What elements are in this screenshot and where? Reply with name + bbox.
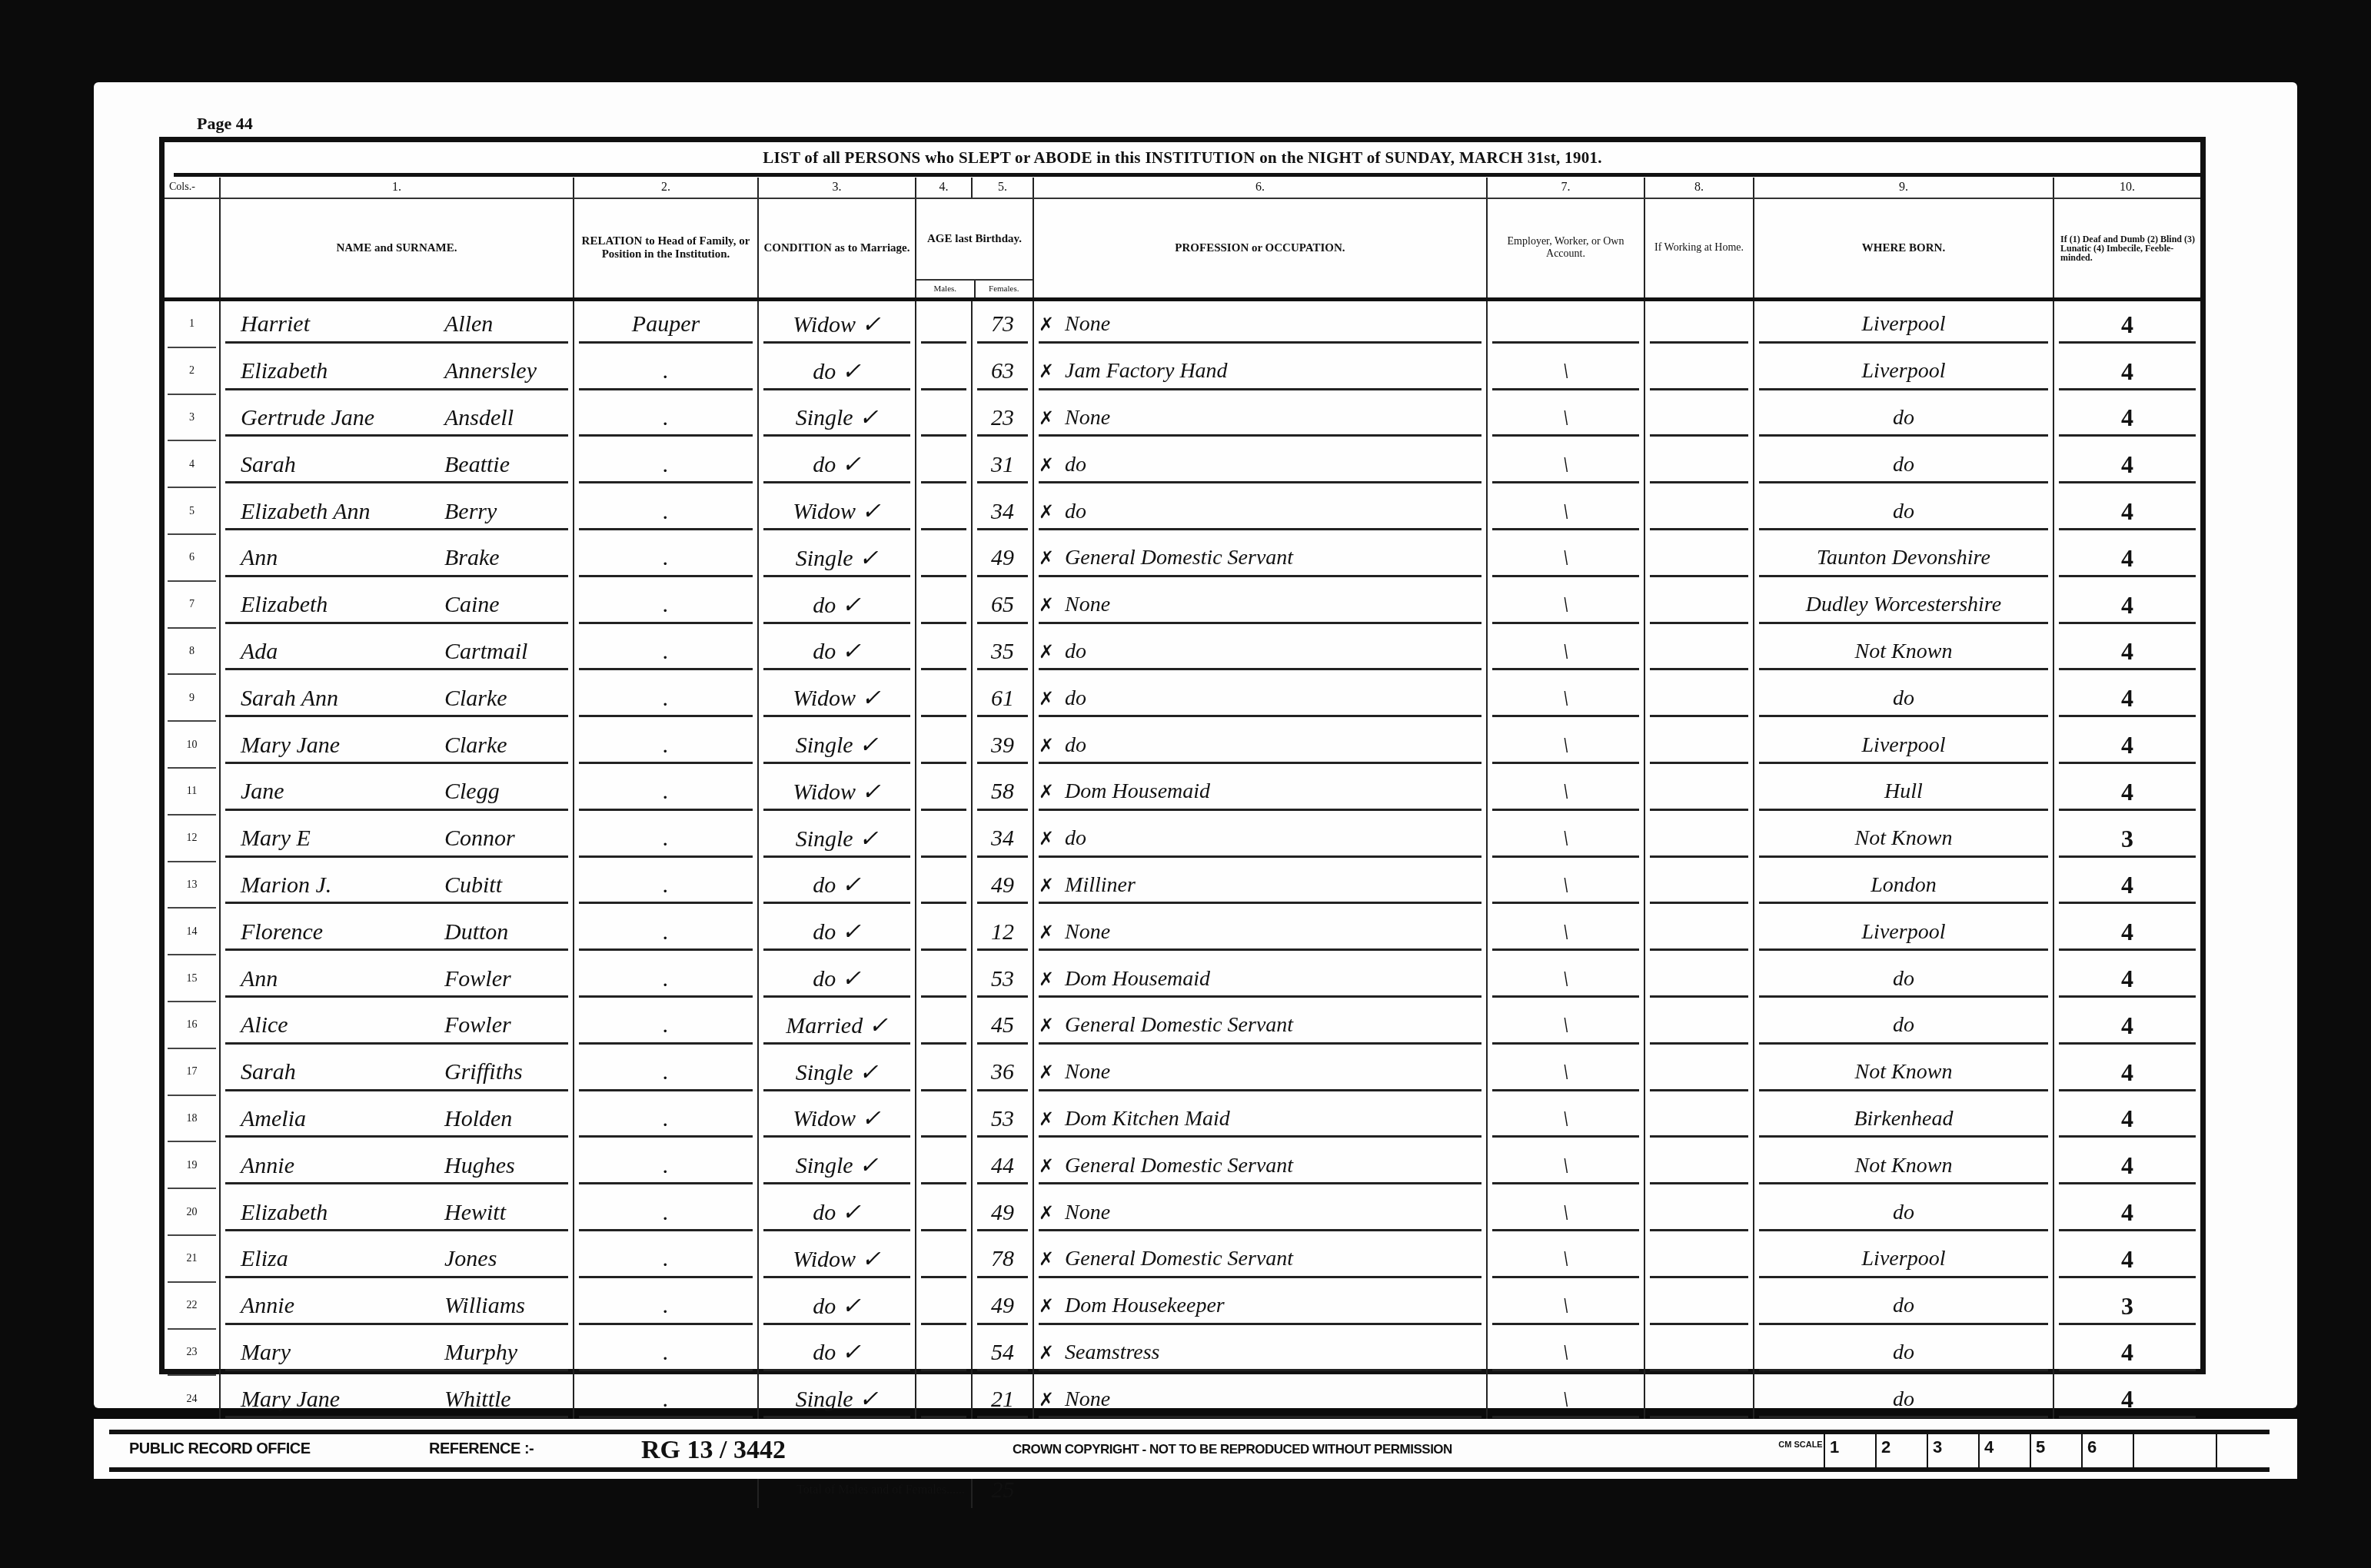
birthplace: do <box>1893 686 1914 710</box>
first-name: Amelia <box>241 1106 444 1132</box>
relation: . <box>663 919 669 945</box>
age-female: 49 <box>991 545 1014 570</box>
age-female: 44 <box>991 1153 1014 1178</box>
census-row: 19AnnieHughes.Single ✓44✗General Domesti… <box>165 1142 2200 1189</box>
first-name: Annie <box>241 1293 444 1319</box>
age-female: 53 <box>991 966 1014 992</box>
relation: . <box>663 1153 669 1178</box>
row-number: 16 <box>187 1019 198 1031</box>
marital-condition: do <box>813 1200 836 1225</box>
first-name: Ann <box>241 545 444 571</box>
row-number: 20 <box>187 1207 198 1218</box>
col-num-6: 6. <box>1033 178 1487 198</box>
occupation: None <box>1065 312 1110 336</box>
age-female: 36 <box>991 1059 1014 1085</box>
marital-condition: Widow <box>793 499 856 524</box>
scale-cell-5: 5 <box>2030 1434 2081 1467</box>
first-name: Elizabeth <box>241 592 444 618</box>
census-row: 21ElizaJones.Widow ✓78✗General Domestic … <box>165 1236 2200 1283</box>
birthplace: do <box>1893 1340 1914 1364</box>
x-mark: ✗ <box>1039 1390 1054 1410</box>
employer-status: \ <box>1562 1387 1568 1412</box>
row-number: 12 <box>187 832 198 844</box>
census-row: 15AnnFowler.do ✓53✗Dom Housemaid\do4 <box>165 955 2200 1002</box>
scale-cell-6: 6 <box>2081 1434 2133 1467</box>
condition-header: CONDITION as to Marriage. <box>758 198 916 300</box>
birthplace: Not Known <box>1855 1060 1953 1084</box>
tick-mark: ✓ <box>842 919 861 945</box>
infirmity-code: 4 <box>2121 731 2133 759</box>
col-num-1: 1. <box>220 178 574 198</box>
x-mark: ✗ <box>1039 829 1054 849</box>
infirmity-code: 4 <box>2121 497 2133 525</box>
relation: . <box>663 358 669 384</box>
relation: . <box>663 1106 669 1131</box>
infirmity-code: 4 <box>2121 684 2133 712</box>
age-female: 23 <box>991 405 1014 430</box>
employer-status: \ <box>1562 405 1568 430</box>
first-name: Sarah Ann <box>241 686 444 712</box>
row-number: 18 <box>187 1113 198 1125</box>
marital-condition: Widow <box>793 1106 856 1131</box>
relation: . <box>663 1387 669 1412</box>
birthplace: Birkenhead <box>1854 1107 1953 1131</box>
census-row: 22AnnieWilliams.do ✓49✗Dom Housekeeper\d… <box>165 1283 2200 1330</box>
relation: . <box>663 405 669 430</box>
age-female: 34 <box>991 499 1014 524</box>
birthplace: do <box>1893 1294 1914 1317</box>
tick-mark: ✓ <box>842 1200 861 1225</box>
scale-cell-1: 1 <box>1824 1434 1875 1467</box>
occupation: do <box>1065 826 1086 850</box>
marital-condition: Widow <box>793 779 856 805</box>
first-name: Mary Jane <box>241 1387 444 1413</box>
relation: . <box>663 639 669 664</box>
relation: . <box>663 1012 669 1038</box>
infirmity-code: 4 <box>2121 591 2133 619</box>
scale-cell-4: 4 <box>1978 1434 2030 1467</box>
surname: Allen <box>444 311 493 337</box>
census-row: 12Mary EConnor.Single ✓34✗do\Not Known3 <box>165 816 2200 862</box>
row-number: 22 <box>187 1300 198 1311</box>
relation: . <box>663 686 669 711</box>
first-name: Alice <box>241 1012 444 1038</box>
row-number: 8 <box>189 646 195 657</box>
birthplace: Not Known <box>1855 639 1953 663</box>
first-name: Mary Jane <box>241 733 444 759</box>
age-female: 61 <box>991 686 1014 711</box>
occupation: Dom Housemaid <box>1065 967 1210 991</box>
row-number: 5 <box>189 506 195 517</box>
census-row: 13Marion J.Cubitt.do ✓49✗Milliner\London… <box>165 862 2200 909</box>
col-num-10: 10. <box>2053 178 2200 198</box>
x-mark: ✗ <box>1039 1157 1054 1177</box>
occupation: Jam Factory Hand <box>1065 359 1228 383</box>
occupation: do <box>1065 686 1086 710</box>
relation: . <box>663 826 669 851</box>
surname: Ansdell <box>444 405 514 430</box>
age-female: 21 <box>991 1387 1014 1412</box>
first-name: Annie <box>241 1153 444 1179</box>
x-mark: ✗ <box>1039 643 1054 663</box>
surname: Brake <box>444 545 500 570</box>
tick-mark: ✓ <box>862 312 881 337</box>
col-num-7: 7. <box>1487 178 1644 198</box>
relation: . <box>663 966 669 992</box>
marital-condition: Single <box>796 405 853 430</box>
relation: . <box>663 1059 669 1085</box>
employer-status: \ <box>1562 1246 1568 1271</box>
x-mark: ✗ <box>1039 923 1054 943</box>
census-row: 20ElizabethHewitt.do ✓49✗None\do4 <box>165 1189 2200 1236</box>
birthplace: Liverpool <box>1862 733 1946 757</box>
cm-scale: CM SCALE 1 2 3 4 5 6 <box>1777 1434 2217 1467</box>
copyright-notice: CROWN COPYRIGHT - NOT TO BE REPRODUCED W… <box>1013 1442 1452 1457</box>
employer-status: \ <box>1562 358 1568 384</box>
birthplace: Liverpool <box>1862 359 1946 383</box>
relation: . <box>663 872 669 898</box>
marital-condition: do <box>813 452 836 477</box>
census-row: 7ElizabethCaine.do ✓65✗None\Dudley Worce… <box>165 582 2200 629</box>
census-row: 10Mary JaneClarke.Single ✓39✗do\Liverpoo… <box>165 722 2200 769</box>
birthplace: do <box>1893 967 1914 991</box>
row-number: 2 <box>189 365 195 377</box>
tick-mark: ✓ <box>862 1106 881 1131</box>
age-female: 63 <box>991 358 1014 384</box>
surname: Hughes <box>444 1153 515 1178</box>
age-female: 34 <box>991 826 1014 851</box>
x-mark: ✗ <box>1039 456 1054 476</box>
marital-condition: Single <box>796 1387 853 1412</box>
tick-mark: ✓ <box>842 1340 861 1365</box>
infirmity-header: If (1) Deaf and Dumb (2) Blind (3) Lunat… <box>2053 198 2200 300</box>
first-name: Marion J. <box>241 872 444 899</box>
relation-header: RELATION to Head of Family, or Position … <box>574 198 758 300</box>
occupation: Dom Kitchen Maid <box>1065 1107 1230 1131</box>
birthplace: Not Known <box>1855 1154 1953 1178</box>
infirmity-code: 4 <box>2121 1245 2133 1273</box>
x-mark: ✗ <box>1039 1063 1054 1083</box>
surname: Connor <box>444 826 515 851</box>
surname: Annersley <box>444 358 537 384</box>
employer-status: \ <box>1562 1106 1568 1131</box>
tick-mark: ✓ <box>842 966 861 992</box>
occupation: None <box>1065 593 1110 616</box>
census-table: Cols.- 1. 2. 3. 4. 5. 6. 7. 8. 9. 10. NA… <box>165 178 2200 1508</box>
birthplace: Not Known <box>1855 826 1953 850</box>
first-name: Ann <box>241 966 444 992</box>
row-number-header <box>165 198 220 300</box>
row-number: 17 <box>187 1066 198 1078</box>
census-row: 23MaryMurphy.do ✓54✗Seamstress\do4 <box>165 1330 2200 1377</box>
birthplace: do <box>1893 1013 1914 1037</box>
surname: Dutton <box>444 919 508 945</box>
infirmity-code: 3 <box>2121 1292 2133 1320</box>
tick-mark: ✓ <box>842 359 861 384</box>
relation: . <box>663 452 669 477</box>
marital-condition: Widow <box>793 1247 856 1272</box>
age-female: 49 <box>991 1200 1014 1225</box>
first-name: Sarah <box>241 1059 444 1085</box>
surname: Holden <box>444 1106 512 1131</box>
occupation: do <box>1065 639 1086 663</box>
working-home-header: If Working at Home. <box>1644 198 1754 300</box>
occupation: Dom Housemaid <box>1065 779 1210 803</box>
footer-rule-bottom <box>109 1467 2270 1472</box>
occupation: None <box>1065 1387 1110 1411</box>
infirmity-code: 4 <box>2121 1012 2133 1039</box>
x-mark: ✗ <box>1039 315 1054 335</box>
employer-status: \ <box>1562 1293 1568 1318</box>
tick-mark: ✓ <box>869 1013 888 1038</box>
employer-status: \ <box>1562 872 1568 898</box>
employer-status: \ <box>1562 733 1568 758</box>
surname: Jones <box>444 1246 497 1271</box>
employer-status: \ <box>1562 1340 1568 1365</box>
infirmity-code: 4 <box>2121 918 2133 945</box>
infirmity-code: 4 <box>2121 544 2133 572</box>
office-label: PUBLIC RECORD OFFICE <box>129 1440 311 1458</box>
census-row: 6AnnBrake.Single ✓49✗General Domestic Se… <box>165 535 2200 582</box>
occupation: do <box>1065 453 1086 477</box>
age-males-label: Males. <box>916 281 974 297</box>
occupation: None <box>1065 920 1110 944</box>
employer-status: \ <box>1562 1012 1568 1038</box>
row-number: 13 <box>187 879 198 891</box>
surname: Fowler <box>444 1012 511 1038</box>
birthplace: do <box>1893 1201 1914 1224</box>
census-row: 8AdaCartmail.do ✓35✗do\Not Known4 <box>165 629 2200 676</box>
scale-label: CM SCALE <box>1777 1434 1824 1467</box>
occupation-header: PROFESSION or OCCUPATION. <box>1033 198 1487 300</box>
age-female: 65 <box>991 592 1014 617</box>
age-female: 39 <box>991 733 1014 758</box>
scale-cell-3: 3 <box>1927 1434 1978 1467</box>
first-name: Mary E <box>241 826 444 852</box>
relation: . <box>663 545 669 570</box>
employer-status: \ <box>1562 686 1568 711</box>
census-rows: 1HarrietAllenPauperWidow ✓73✗NoneLiverpo… <box>165 300 2200 1508</box>
row-number: 24 <box>187 1394 198 1405</box>
occupation: None <box>1065 406 1110 430</box>
surname: Whittle <box>444 1387 511 1412</box>
infirmity-code: 4 <box>2121 450 2133 478</box>
age-female: 53 <box>991 1106 1014 1131</box>
infirmity-code: 4 <box>2121 1058 2133 1086</box>
tick-mark: ✓ <box>859 405 878 430</box>
census-row: 4SarahBeattie.do ✓31✗do\do4 <box>165 441 2200 488</box>
x-mark: ✗ <box>1039 1110 1054 1130</box>
surname: Beattie <box>444 452 510 477</box>
age-female: 35 <box>991 639 1014 664</box>
marital-condition: do <box>813 359 836 384</box>
first-name: Harriet <box>241 311 444 337</box>
col-num-5: 5. <box>972 178 1033 198</box>
infirmity-code: 4 <box>2121 1385 2133 1413</box>
first-name: Eliza <box>241 1246 444 1272</box>
marital-condition: Single <box>796 1060 853 1085</box>
col-num-4: 4. <box>916 178 972 198</box>
infirmity-code: 4 <box>2121 965 2133 992</box>
occupation: Dom Housekeeper <box>1065 1294 1225 1317</box>
row-number: 4 <box>189 459 195 470</box>
surname: Cubitt <box>444 872 502 898</box>
tick-mark: ✓ <box>842 639 861 664</box>
infirmity-code: 4 <box>2121 1198 2133 1226</box>
row-number: 7 <box>189 599 195 610</box>
surname: Cartmail <box>444 639 527 664</box>
tick-mark: ✓ <box>842 593 861 618</box>
row-number: 10 <box>187 739 198 751</box>
relation: Pauper <box>632 311 700 337</box>
row-number: 1 <box>189 318 195 330</box>
x-mark: ✗ <box>1039 503 1054 523</box>
x-mark: ✗ <box>1039 1250 1054 1270</box>
x-mark: ✗ <box>1039 596 1054 616</box>
infirmity-code: 3 <box>2121 825 2133 852</box>
relation: . <box>663 779 669 804</box>
form-title: LIST of all PERSONS who SLEPT or ABODE i… <box>165 148 2200 171</box>
row-number: 3 <box>189 412 195 424</box>
marital-condition: do <box>813 593 836 618</box>
employer-status: \ <box>1562 499 1568 524</box>
infirmity-code: 4 <box>2121 1151 2133 1179</box>
occupation: Milliner <box>1065 873 1136 897</box>
employer-status: \ <box>1562 966 1568 992</box>
census-row: 3Gertrude JaneAnsdell.Single ✓23✗None\do… <box>165 395 2200 442</box>
marital-condition: do <box>813 966 836 992</box>
col-num-8: 8. <box>1644 178 1754 198</box>
birthplace: do <box>1893 453 1914 477</box>
relation: . <box>663 1340 669 1365</box>
marital-condition: do <box>813 919 836 945</box>
census-row: 17SarahGriffiths.Single ✓36✗None\Not Kno… <box>165 1049 2200 1096</box>
archive-footer: PUBLIC RECORD OFFICE REFERENCE :- RG 13 … <box>94 1419 2297 1479</box>
surname: Clarke <box>444 686 507 711</box>
employer-header: Employer, Worker, or Own Account. <box>1487 198 1644 300</box>
birthplace: Liverpool <box>1862 1247 1946 1271</box>
tick-mark: ✓ <box>859 546 878 571</box>
marital-condition: Single <box>796 546 853 571</box>
surname: Williams <box>444 1293 525 1318</box>
surname: Fowler <box>444 966 511 992</box>
row-number: 6 <box>189 552 195 563</box>
occupation: General Domestic Servant <box>1065 1154 1293 1178</box>
tick-mark: ✓ <box>842 1294 861 1319</box>
census-row: 11JaneClegg.Widow ✓58✗Dom Housemaid\Hull… <box>165 769 2200 816</box>
column-number-row: Cols.- 1. 2. 3. 4. 5. 6. 7. 8. 9. 10. <box>165 178 2200 198</box>
relation: . <box>663 1200 669 1225</box>
first-name: Sarah <box>241 452 444 478</box>
age-header: AGE last Birthday. Males. Females. <box>916 198 1033 300</box>
first-name: Elizabeth Ann <box>241 499 444 525</box>
age-female: 78 <box>991 1246 1014 1271</box>
x-mark: ✗ <box>1039 1204 1054 1224</box>
x-mark: ✗ <box>1039 876 1054 896</box>
infirmity-code: 4 <box>2121 778 2133 806</box>
scale-cell-blank <box>2133 1434 2217 1467</box>
census-row: 14FlorenceDutton.do ✓12✗None\Liverpool4 <box>165 909 2200 955</box>
birthplace: Dudley Worcestershire <box>1806 593 2001 616</box>
tick-mark: ✓ <box>862 499 881 524</box>
employer-status: \ <box>1562 592 1568 617</box>
where-born-header: WHERE BORN. <box>1754 198 2053 300</box>
column-header-row: NAME and SURNAME. RELATION to Head of Fa… <box>165 198 2200 300</box>
census-row: 1HarrietAllenPauperWidow ✓73✗NoneLiverpo… <box>165 300 2200 348</box>
tick-mark: ✓ <box>859 1060 878 1085</box>
birthplace: do <box>1893 406 1914 430</box>
relation: . <box>663 733 669 758</box>
tick-mark: ✓ <box>862 779 881 805</box>
employer-status: \ <box>1562 1153 1568 1178</box>
age-female: 31 <box>991 452 1014 477</box>
marital-condition: Married <box>786 1013 863 1038</box>
first-name: Elizabeth <box>241 1200 444 1226</box>
x-mark: ✗ <box>1039 782 1054 802</box>
infirmity-code: 4 <box>2121 311 2133 338</box>
tick-mark: ✓ <box>862 1247 881 1272</box>
surname: Clegg <box>444 779 500 804</box>
page-number: Page 44 <box>197 114 253 134</box>
first-name: Florence <box>241 919 444 945</box>
occupation: None <box>1065 1060 1110 1084</box>
relation: . <box>663 1293 669 1318</box>
row-number: 9 <box>189 693 195 704</box>
x-mark: ✗ <box>1039 970 1054 990</box>
marital-condition: Widow <box>793 312 856 337</box>
birthplace: do <box>1893 1387 1914 1411</box>
census-form: LIST of all PERSONS who SLEPT or ABODE i… <box>159 137 2206 1374</box>
first-name: Jane <box>241 779 444 805</box>
age-females-label: Females. <box>974 281 1033 297</box>
infirmity-code: 4 <box>2121 1105 2133 1132</box>
x-mark: ✗ <box>1039 1016 1054 1036</box>
marital-condition: Single <box>796 733 853 758</box>
occupation: None <box>1065 1201 1110 1224</box>
surname: Caine <box>444 592 500 617</box>
row-number: 11 <box>187 786 197 797</box>
x-mark: ✗ <box>1039 409 1054 429</box>
employer-status: \ <box>1562 1059 1568 1085</box>
census-row: 24Mary JaneWhittle.Single ✓21✗None\do4 <box>165 1376 2200 1423</box>
row-number: 14 <box>187 926 198 938</box>
marital-condition: do <box>813 1340 836 1365</box>
birthplace: Hull <box>1884 779 1923 803</box>
census-row: 16AliceFowler.Married ✓45✗General Domest… <box>165 1002 2200 1049</box>
age-female: 12 <box>991 919 1014 945</box>
employer-status: \ <box>1562 639 1568 664</box>
occupation: do <box>1065 733 1086 757</box>
x-mark: ✗ <box>1039 1297 1054 1317</box>
employer-status: \ <box>1562 779 1568 804</box>
x-mark: ✗ <box>1039 736 1054 756</box>
first-name: Elizabeth <box>241 358 444 384</box>
scale-cell-2: 2 <box>1875 1434 1927 1467</box>
name-header: NAME and SURNAME. <box>220 198 574 300</box>
relation: . <box>663 592 669 617</box>
age-label: AGE last Birthday. <box>916 199 1033 279</box>
infirmity-code: 4 <box>2121 357 2133 385</box>
occupation: General Domestic Servant <box>1065 1013 1293 1037</box>
row-number: 15 <box>187 973 198 985</box>
tick-mark: ✓ <box>842 452 861 477</box>
employer-status: \ <box>1562 826 1568 851</box>
age-female: 49 <box>991 1293 1014 1318</box>
age-female: 73 <box>991 311 1014 337</box>
employer-status: \ <box>1562 1200 1568 1225</box>
age-female: 45 <box>991 1012 1014 1038</box>
marital-condition: do <box>813 872 836 898</box>
